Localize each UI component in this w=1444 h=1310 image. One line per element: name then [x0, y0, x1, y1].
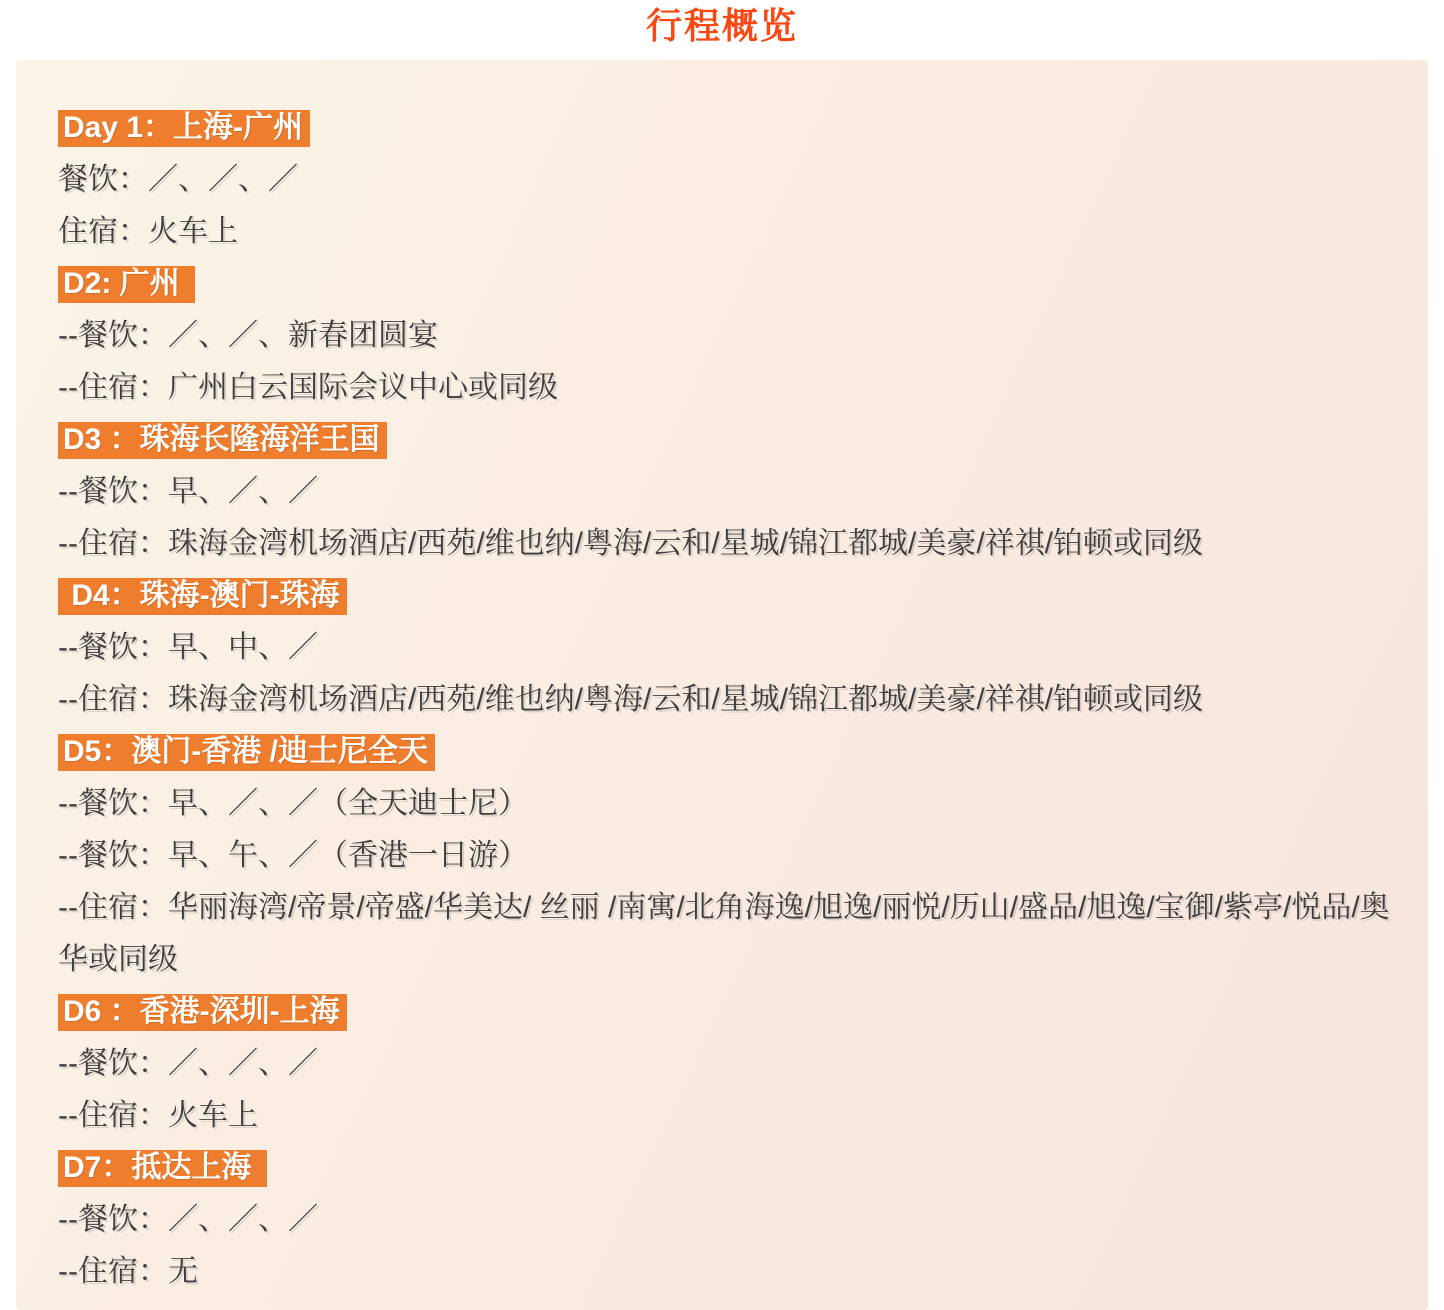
days-container: Day 1：上海-广州餐饮：／、／、／住宿：火车上D2: 广州 --餐饮：／、／… — [58, 102, 1404, 1298]
page-title: 行程概览 — [0, 0, 1444, 48]
day-header-badge: D7：抵达上海 — [58, 1150, 267, 1187]
day-block-1: Day 1：上海-广州餐饮：／、／、／住宿：火车上 — [58, 102, 1404, 258]
itinerary-line: --住宿：火车上 — [58, 1090, 1404, 1142]
day-block-7: D7：抵达上海 --餐饮：／、／、／--住宿：无 — [58, 1142, 1404, 1298]
itinerary-line: --餐饮：早、中、／ — [58, 622, 1404, 674]
itinerary-overview-panel: Day 1：上海-广州餐饮：／、／、／住宿：火车上D2: 广州 --餐饮：／、／… — [16, 60, 1428, 1310]
day-header-row: D3 ：珠海长隆海洋王国 — [58, 414, 1404, 466]
itinerary-line: --餐饮：／、／、新春团圆宴 — [58, 310, 1404, 362]
itinerary-line: 住宿：火车上 — [58, 206, 1404, 258]
day-header-row: D7：抵达上海 — [58, 1142, 1404, 1194]
itinerary-line: --住宿：无 — [58, 1246, 1404, 1298]
day-block-3: D3 ：珠海长隆海洋王国--餐饮：早、／、／--住宿：珠海金湾机场酒店/西苑/维… — [58, 414, 1404, 570]
day-block-5: D5：澳门-香港 /迪士尼全天--餐饮：早、／、／（全天迪士尼）--餐饮：早、午… — [58, 726, 1404, 986]
day-block-6: D6 ：香港-深圳-上海--餐饮：／、／、／--住宿：火车上 — [58, 986, 1404, 1142]
itinerary-line: --住宿：珠海金湾机场酒店/西苑/维也纳/粤海/云和/星城/锦江都城/美豪/祥祺… — [58, 518, 1404, 570]
itinerary-line: --餐饮：早、／、／（全天迪士尼） — [58, 778, 1404, 830]
day-header-badge: D2: 广州 — [58, 266, 195, 303]
day-header-row: D5：澳门-香港 /迪士尼全天 — [58, 726, 1404, 778]
day-header-badge: D6 ：香港-深圳-上海 — [58, 994, 347, 1031]
day-header-badge: Day 1：上海-广州 — [58, 110, 310, 147]
itinerary-line: --住宿：华丽海湾/帝景/帝盛/华美达/ 丝丽 /南寓/北角海逸/旭逸/丽悦/历… — [58, 882, 1404, 986]
day-block-4: D4：珠海-澳门-珠海--餐饮：早、中、／--住宿：珠海金湾机场酒店/西苑/维也… — [58, 570, 1404, 726]
day-header-badge: D5：澳门-香港 /迪士尼全天 — [58, 734, 435, 771]
itinerary-line: --餐饮：早、／、／ — [58, 466, 1404, 518]
itinerary-line: --餐饮：早、午、／（香港一日游） — [58, 830, 1404, 882]
day-block-2: D2: 广州 --餐饮：／、／、新春团圆宴--住宿：广州白云国际会议中心或同级 — [58, 258, 1404, 414]
day-header-row: D2: 广州 — [58, 258, 1404, 310]
itinerary-line: 餐饮：／、／、／ — [58, 154, 1404, 206]
itinerary-line: --住宿：广州白云国际会议中心或同级 — [58, 362, 1404, 414]
itinerary-line: --餐饮：／、／、／ — [58, 1194, 1404, 1246]
itinerary-line: --住宿：珠海金湾机场酒店/西苑/维也纳/粤海/云和/星城/锦江都城/美豪/祥祺… — [58, 674, 1404, 726]
day-header-badge: D4：珠海-澳门-珠海 — [58, 578, 347, 615]
day-header-badge: D3 ：珠海长隆海洋王国 — [58, 422, 387, 459]
day-header-row: D6 ：香港-深圳-上海 — [58, 986, 1404, 1038]
itinerary-line: --餐饮：／、／、／ — [58, 1038, 1404, 1090]
day-header-row: D4：珠海-澳门-珠海 — [58, 570, 1404, 622]
day-header-row: Day 1：上海-广州 — [58, 102, 1404, 154]
